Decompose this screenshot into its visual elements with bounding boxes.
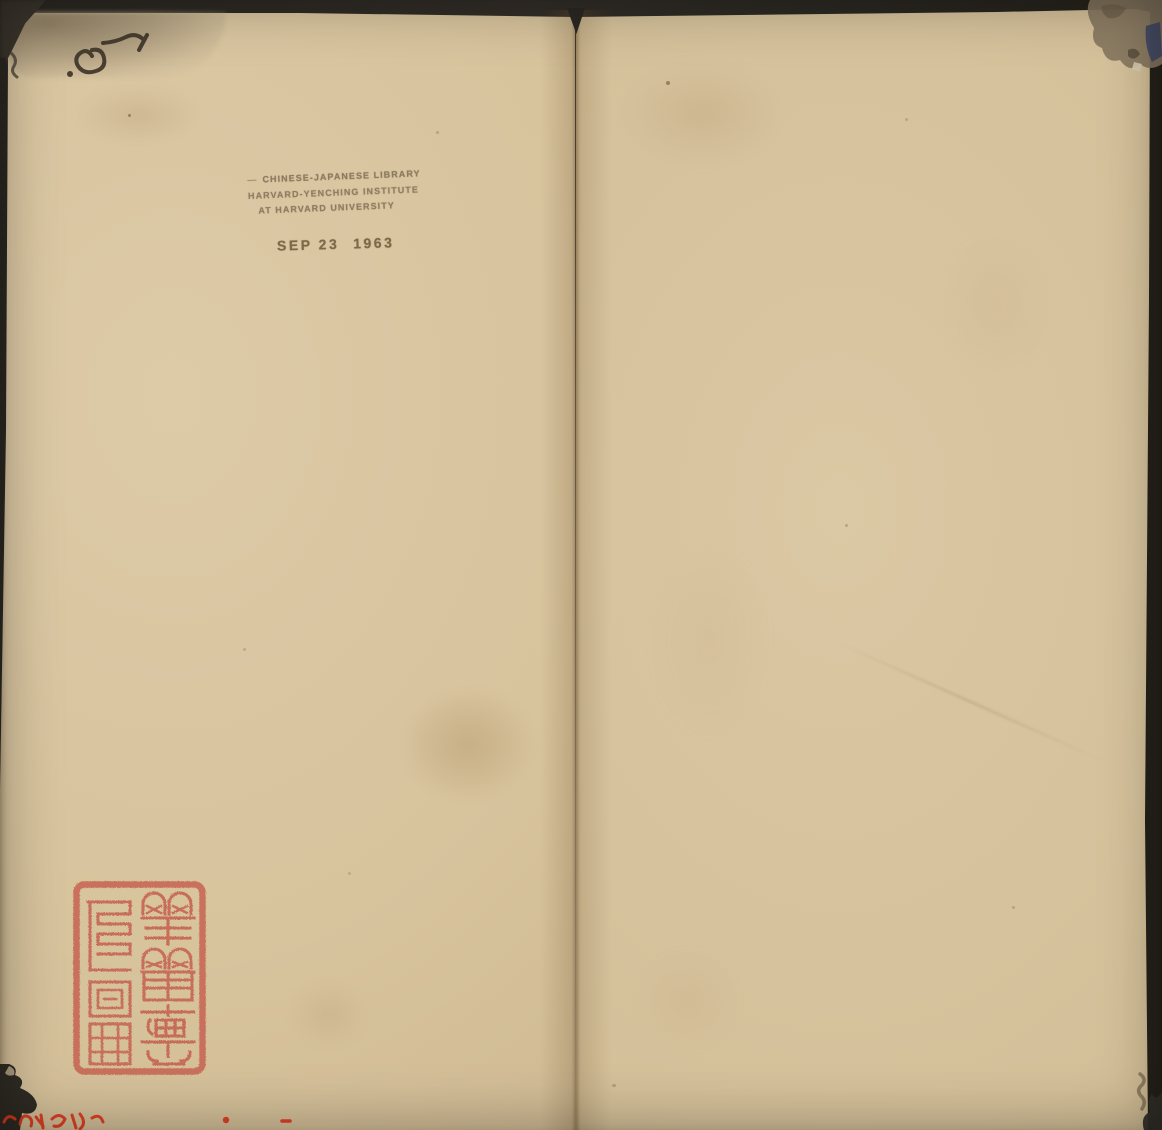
right-page bbox=[576, 0, 1162, 1130]
ink-squiggle-mark bbox=[40, 28, 160, 86]
paper-speck bbox=[436, 131, 439, 134]
paper-speck bbox=[128, 114, 131, 117]
paper-speck bbox=[905, 118, 908, 121]
edge-ink-hook bbox=[6, 50, 26, 80]
paper-speck bbox=[845, 524, 848, 527]
paper-speck bbox=[243, 648, 246, 651]
paper-speck bbox=[348, 872, 351, 875]
date-stamp-month-day: SEP 23 bbox=[277, 236, 340, 254]
paper-speck bbox=[612, 1084, 616, 1087]
bottom-red-marks bbox=[0, 1106, 300, 1130]
paper-speck bbox=[1012, 906, 1015, 909]
date-stamp: SEP 231963 bbox=[277, 234, 395, 253]
paper-speck bbox=[666, 81, 670, 85]
top-right-damage bbox=[1068, 0, 1162, 80]
library-stamp: —CHINESE-JAPANESE LIBRARY HARVARD-YENCHI… bbox=[247, 167, 405, 219]
stamp-prefix-mark: — bbox=[247, 175, 257, 185]
bottom-right-damage bbox=[1116, 1070, 1162, 1130]
book-scan: —CHINESE-JAPANESE LIBRARY HARVARD-YENCHI… bbox=[0, 0, 1162, 1130]
chinese-seal-stamp bbox=[72, 880, 207, 1076]
date-stamp-year: 1963 bbox=[353, 234, 395, 251]
